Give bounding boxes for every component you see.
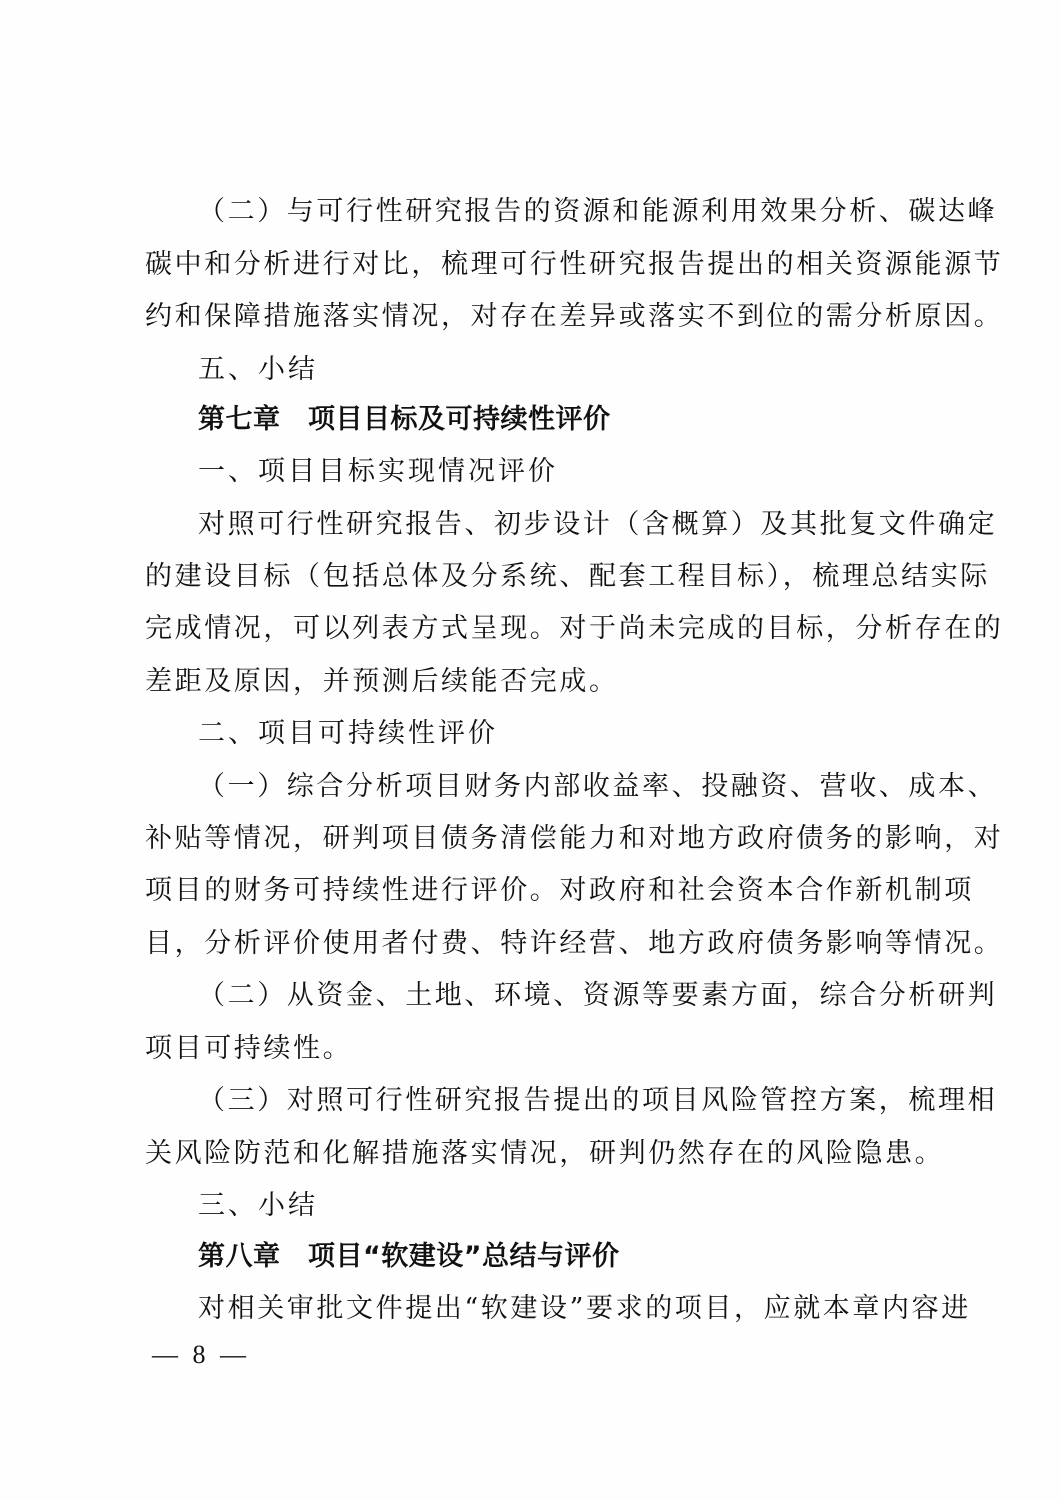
paragraph-line: 碳中和分析进行对比，梳理可行性研究报告提出的相关资源能源节 (145, 250, 920, 280)
paragraph-line: 项目可持续性。 (145, 1034, 920, 1064)
paragraph-line: （二）与可行性研究报告的资源和能源利用效果分析、碳达峰 (198, 197, 920, 227)
paragraph-line: 约和保障措施落实情况，对存在差异或落实不到位的需分析原因。 (145, 302, 920, 332)
paragraph-line: 对照可行性研究报告、初步设计（含概算）及其批复文件确定 (198, 510, 920, 540)
paragraph-line: 差距及原因，并预测后续能否完成。 (145, 667, 920, 697)
section-subheading: 一、项目目标实现情况评价 (198, 457, 920, 487)
chapter-heading: 第八章 项目“软建设”总结与评价 (198, 1242, 920, 1272)
section-subheading: 三、小结 (198, 1191, 920, 1221)
paragraph-line: 对相关审批文件提出“软建设”要求的项目，应就本章内容进 (198, 1294, 920, 1324)
paragraph-line: （二）从资金、土地、环境、资源等要素方面，综合分析研判 (198, 981, 920, 1011)
paragraph-line: 关风险防范和化解措施落实情况，研判仍然存在的风险隐患。 (145, 1139, 920, 1169)
paragraph-line: （一）综合分析项目财务内部收益率、投融资、营收、成本、 (198, 772, 920, 802)
paragraph-line: （三）对照可行性研究报告提出的项目风险管控方案，梳理相 (198, 1086, 920, 1116)
paragraph-line: 的建设目标（包括总体及分系统、配套工程目标），梳理总结实际 (145, 562, 920, 592)
chapter-heading: 第七章 项目目标及可持续性评价 (198, 405, 920, 435)
document-page: （二）与可行性研究报告的资源和能源利用效果分析、碳达峰 碳中和分析进行对比，梳理… (0, 0, 1060, 1500)
paragraph-line: 补贴等情况，研判项目债务清偿能力和对地方政府债务的影响，对 (145, 824, 920, 854)
section-subheading: 五、小结 (198, 355, 920, 385)
paragraph-line: 完成情况，可以列表方式呈现。对于尚未完成的目标，分析存在的 (145, 614, 920, 644)
section-subheading: 二、项目可持续性评价 (198, 719, 920, 749)
paragraph-line: 目，分析评价使用者付费、特许经营、地方政府债务影响等情况。 (145, 929, 920, 959)
paragraph-line: 项目的财务可持续性进行评价。对政府和社会资本合作新机制项 (145, 876, 920, 906)
page-number: — 8 — (152, 1340, 250, 1370)
